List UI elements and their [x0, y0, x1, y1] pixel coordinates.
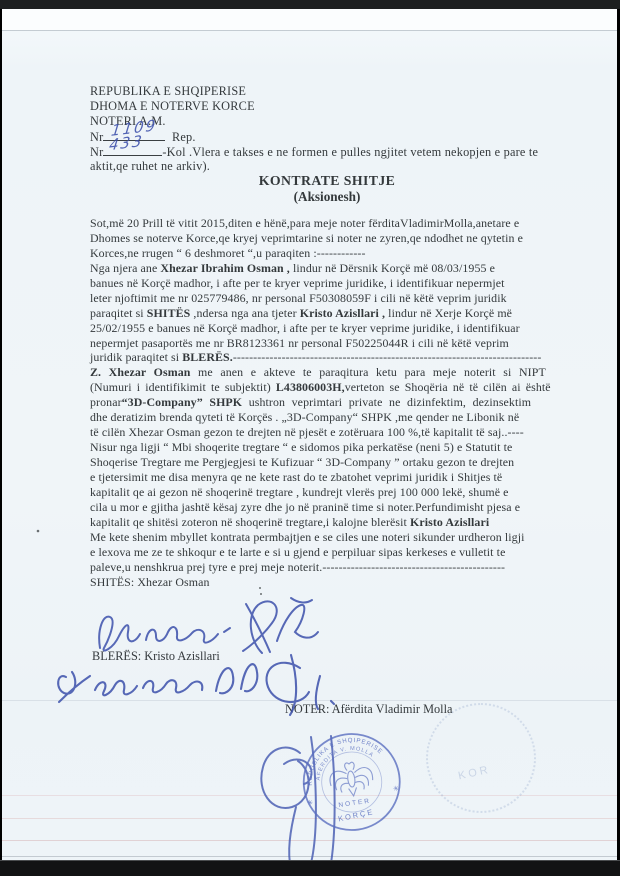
faint-stamp-text: KOR: [457, 764, 492, 783]
rep-label: Rep.: [172, 130, 196, 144]
stamp-city-text: KORÇE: [337, 807, 375, 823]
body-line: juridik paraqitet si BLERËS.------------…: [90, 350, 568, 365]
eagle-emblem-icon: [328, 760, 375, 799]
nr-label: Nr: [90, 145, 103, 159]
body-line: kapitalit qe ai gezon në shoqerinë tregt…: [90, 485, 568, 500]
body-line: të cilën Xhezar Osman gezon te drejten n…: [90, 425, 568, 440]
contract-title: KONTRATE SHITJE: [90, 173, 564, 189]
scanner-edge-bottom: [0, 860, 620, 876]
body-line: Sot,më 20 Prill të vitit 2015,diten e hë…: [90, 216, 568, 231]
body-line: pronar“3D-Company” SHPK ushtron veprimta…: [90, 395, 568, 410]
body-line: Dhomes se noterve Korce,qe kryej veprimt…: [90, 231, 568, 246]
body-line: Me kete shenim mbyllet kontrata permbajt…: [90, 530, 568, 545]
body-line: Z. Xhezar Osman me anen e akteve te para…: [90, 365, 568, 380]
document-content: REPUBLIKA E SHQIPERISE DHOMA E NOTERVE K…: [0, 0, 620, 876]
notary-signature-label: NOTER: Afërdita Vladimir Molla: [285, 702, 452, 717]
body-line: cila u mor e gjitha jashtë kësaj zyre dh…: [90, 500, 568, 515]
body-line: Nga njera ane Xhezar Ibrahim Osman , lin…: [90, 261, 568, 276]
stamp-star-left-icon: ✳: [307, 799, 314, 808]
body-line: 25/02/1955 e banues në Korçë madhor, i a…: [90, 321, 568, 336]
body-line: nepermjet pasaportës me nr BR8123361 nr …: [90, 336, 568, 351]
contract-body: Sot,më 20 Prill të vitit 2015,diten e hë…: [90, 216, 568, 589]
body-line: Korces,ne rrugen “ 6 deshmoret “,u paraq…: [90, 246, 568, 261]
body-line: paraqitet si SHITËS ,ndersa nga ana tjet…: [90, 306, 568, 321]
faint-ghost-stamp: KOR: [426, 703, 536, 813]
body-line: leter njoftimit me nr 025779486, nr pers…: [90, 291, 568, 306]
body-line: banues në Korçë madhor, i afte per te kr…: [90, 276, 568, 291]
seller-signature-handwriting: [99, 598, 318, 653]
letterhead-republic: REPUBLIKA E SHQIPERISE: [90, 84, 246, 99]
body-line: dhe deratizim brenda qyteti të Korçës . …: [90, 410, 568, 425]
body-line: paleve,u nenshkrua prej tyre e prej meje…: [90, 560, 568, 575]
stamp-name-arc-text: AFERDITA V. MOLLA: [312, 743, 378, 782]
kol-note-continuation: aktit,qe ruhet ne arkiv).: [90, 159, 210, 174]
body-line: e tjetersimit me disa menyra qe ne kete …: [90, 470, 568, 485]
handwritten-kol-number: 433: [109, 134, 145, 154]
letterhead-chamber: DHOMA E NOTERVE KORCE: [90, 99, 255, 114]
body-line: e lexova me ze te shkoqur e te larte e s…: [90, 545, 568, 560]
registry-number-kol-line: Nr433-Kol .Vlera e takses e ne formen e …: [90, 144, 538, 160]
scanner-edge-top: [0, 0, 620, 9]
body-line: SHITËS: Xhezar Osman: [90, 575, 568, 590]
stamp-star-right-icon: ✳: [393, 785, 400, 794]
notary-round-stamp: REPUBLIKA E SHQIPERISE AFERDITA V. MOLLA…: [285, 715, 419, 852]
nr-label: Nr: [90, 130, 103, 144]
nr-kol-underline: 433: [103, 144, 155, 156]
kol-note-text: -Kol .Vlera e takses e ne formen e pulle…: [162, 145, 538, 159]
body-line: Shoqerise Tregtare me Pergjegjesi te Kuf…: [90, 455, 568, 470]
stamp-noter-text: NOTER: [338, 798, 371, 809]
body-line: Nisur nga ligji “ Mbi shoqerite tregtare…: [90, 440, 568, 455]
body-line: (Numuri i identifikimit te subjektit) L4…: [90, 380, 568, 395]
buyer-signature-label: BLERËS: Kristo Azisllari: [92, 649, 220, 664]
scanned-document: REPUBLIKA E SHQIPERISE DHOMA E NOTERVE K…: [0, 0, 620, 876]
body-line: kapitalit qe shitësi zoteron në shoqerin…: [90, 515, 568, 530]
svg-text:AFERDITA V. MOLLA: AFERDITA V. MOLLA: [312, 743, 378, 782]
contract-subtitle: (Aksionesh): [90, 189, 564, 205]
